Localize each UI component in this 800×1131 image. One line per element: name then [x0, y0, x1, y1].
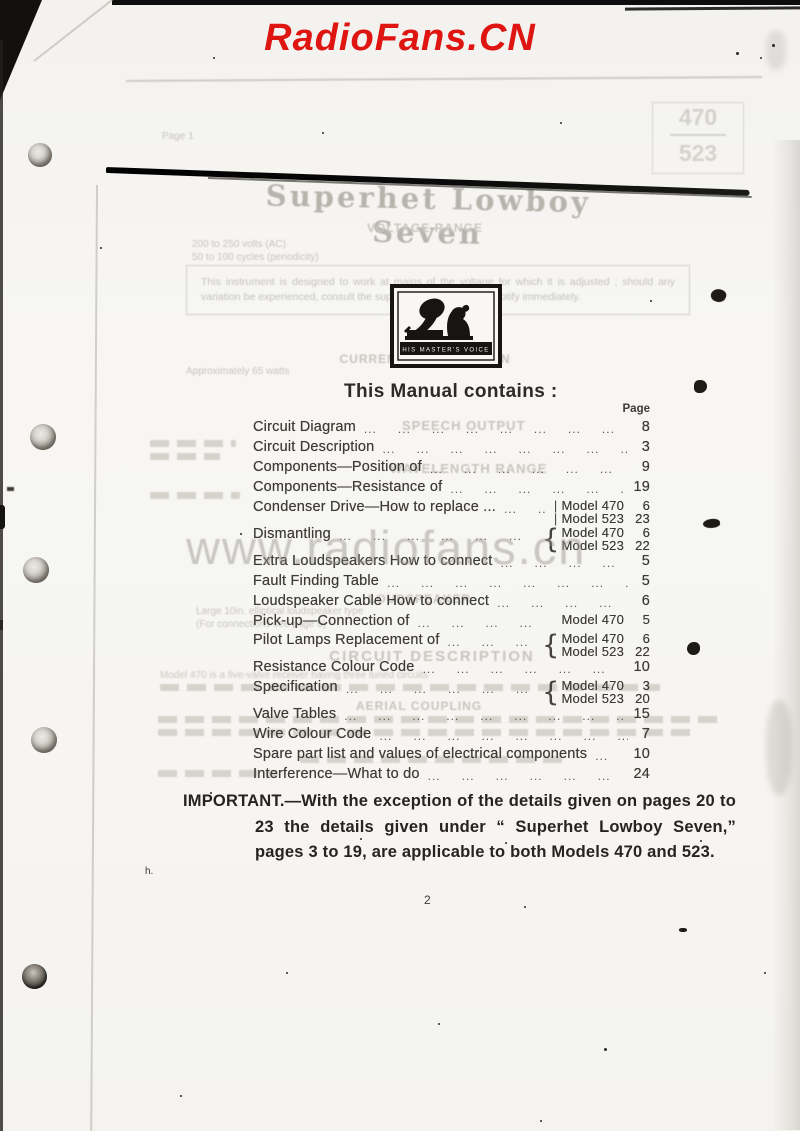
toc-row: Loudspeaker Cable How to connect... ... …: [253, 594, 650, 611]
ghost-voltage-line: 200 to 250 volts (AC): [192, 239, 286, 250]
dot-leader: ... ... ... ... ... ... ... ... ... ... …: [595, 749, 625, 764]
page-number-value: 22: [624, 646, 650, 659]
ink-blot: [702, 518, 720, 529]
dot-leader: ... ... ... ... ... ... ... ... ... ... …: [346, 682, 534, 697]
page-number-value: 10: [633, 747, 650, 762]
dot-leader: ... ... ... ... ... ... ... ... ... ... …: [504, 502, 546, 517]
toc-row: Specification... ... ... ... ... ... ...…: [253, 680, 650, 705]
page-number-value: 22: [624, 540, 650, 553]
toc-entry-label: Valve Tables: [253, 707, 336, 722]
hmv-logo-caption: HIS MASTER'S VOICE: [402, 348, 489, 354]
scan-speck: [322, 132, 324, 134]
dot-leader: ... ... ... ... ... ... ... ... ... ... …: [430, 462, 631, 477]
dot-leader: ... ... ... ... ... ... ... ... ... ... …: [448, 635, 535, 650]
ink-blot: [679, 928, 687, 932]
dot-leader: ... ... ... ... ... ... ... ... ... ... …: [364, 422, 628, 437]
page-number-value: 9: [639, 460, 650, 475]
toc-row: Components—Resistance of... ... ... ... …: [253, 480, 650, 497]
page-number-value: 5: [624, 614, 650, 627]
ghost-text-fragment: [150, 440, 236, 447]
scan-speck: [650, 300, 652, 302]
ink-blot: [709, 287, 728, 304]
brace-glyph: {: [542, 680, 559, 705]
ink-blot: [694, 380, 707, 393]
dot-leader: ... ... ... ... ... ... ... ... ... ... …: [387, 576, 629, 591]
scan-top-bar-2: [625, 6, 800, 10]
toc-entry-label: Circuit Diagram: [253, 420, 356, 435]
toc-entry-label: Spare part list and values of electrical…: [253, 747, 587, 762]
model-page-line: Model 52320: [561, 693, 650, 706]
toc-row: Interference—What to do... ... ... ... .…: [253, 767, 650, 784]
dot-leader: ... ... ... ... ... ... ... ... ... ... …: [497, 596, 634, 611]
toc-row: Valve Tables... ... ... ... ... ... ... …: [253, 707, 650, 724]
toc-row: Fault Finding Table... ... ... ... ... .…: [253, 574, 650, 591]
page-number: 2: [424, 893, 431, 907]
toc-row: Pilot Lamps Replacement of... ... ... ..…: [253, 633, 650, 658]
margin-mark: h.: [145, 866, 153, 877]
page-number-value: 20: [624, 693, 650, 706]
hmv-logo-graphic: HIS MASTER'S VOICE: [390, 284, 502, 368]
page-number-value: 15: [633, 707, 650, 722]
brace-glyph: {: [542, 633, 559, 658]
page-number-value: 3: [637, 440, 650, 455]
page-crease: [90, 185, 98, 1131]
page-number-value: 23: [624, 513, 650, 526]
toc-entry-label: Interference—What to do: [253, 767, 420, 782]
scan-speck: [438, 1023, 440, 1025]
model-number-tab: 470 523: [652, 102, 744, 174]
scan-right-shadow: [772, 140, 800, 1130]
site-watermark-overlay: www.radiofans.cn: [186, 520, 586, 575]
toc-entry-label: Loudspeaker Cable How to connect: [253, 594, 489, 609]
toc-row: Components—Position of... ... ... ... ..…: [253, 460, 650, 477]
important-note: IMPORTANT.—With the exception of the det…: [183, 789, 736, 866]
toc-row: Circuit Description... ... ... ... ... .…: [253, 440, 650, 457]
toc-entry-label: Specification: [253, 680, 338, 695]
toc-entry-label: Circuit Description: [253, 440, 374, 455]
dot-leader: ... ... ... ... ... ... ... ... ... ... …: [450, 482, 625, 497]
scan-speck: [604, 1048, 607, 1051]
underlying-page-edge: [126, 76, 762, 82]
dot-leader: ... ... ... ... ... ... ... ... ... ... …: [428, 769, 626, 784]
scan-edge-blob: [0, 620, 3, 630]
dot-leader: ... ... ... ... ... ... ... ... ... ... …: [423, 662, 626, 677]
scanned-manual-page: RadioFans.CN Page 1 470 523 Superhet Low…: [0, 0, 800, 1131]
model-page-group: Model 4705: [561, 614, 650, 627]
scan-speck: [540, 1120, 542, 1122]
hmv-logo: HIS MASTER'S VOICE: [390, 284, 502, 368]
punch-hole: [23, 557, 49, 583]
page-number-value: 10: [633, 660, 650, 675]
model-number-470: 470: [653, 103, 743, 131]
toc-entry-label: Pick-up—Connection of: [253, 614, 410, 629]
scan-speck: [760, 57, 762, 59]
ghost-text-fragment: [150, 492, 240, 499]
scan-speck: [524, 906, 526, 908]
scan-speck: [286, 972, 288, 974]
contents-list: Circuit Diagram... ... ... ... ... ... .…: [253, 420, 650, 787]
toc-row: Spare part list and values of electrical…: [253, 747, 650, 764]
ghost-note-text: This instrument is designed to work at m…: [201, 276, 565, 288]
scan-speck: [736, 52, 739, 55]
scan-speck: [180, 1095, 182, 1097]
model-tab-divider: [670, 134, 726, 136]
scan-top-bar: [112, 0, 800, 5]
ghost-note-text: notify immediately.: [495, 291, 581, 303]
toc-entry-label: Components—Resistance of: [253, 480, 442, 495]
punch-hole: [28, 143, 52, 167]
ink-blot: [687, 642, 700, 655]
toc-row: Wire Colour Code... ... ... ... ... ... …: [253, 727, 650, 744]
toc-entry-label: Condenser Drive—How to replace ...: [253, 500, 496, 515]
model-page-line: Model 52322: [561, 646, 650, 659]
model-number-523: 523: [653, 139, 743, 167]
model-page-line: Model 4705: [561, 614, 650, 627]
toc-entry-label: Fault Finding Table: [253, 574, 379, 589]
scan-speck: [560, 122, 562, 124]
model-page-group: Model 4703Model 52320: [561, 680, 650, 705]
scan-speck: [764, 972, 766, 974]
scan-left-edge: [0, 40, 3, 1131]
site-watermark-banner: RadioFans.CN: [0, 17, 800, 60]
ghost-page-indicator: Page 1: [162, 131, 194, 142]
page-number-value: 5: [637, 574, 650, 589]
ghost-text-fragment: [150, 453, 220, 460]
ghost-current-line: Approximately 65 watts: [186, 366, 289, 377]
ghost-voltage-heading: VOLTAGE RANGE: [300, 221, 550, 235]
toc-row: Pick-up—Connection of... ... ... ... ...…: [253, 614, 650, 631]
model-name: Model 523: [561, 693, 624, 706]
contents-heading: This Manual contains :: [344, 381, 558, 403]
toc-entry-label: Wire Colour Code: [253, 727, 371, 742]
punch-hole: [31, 727, 57, 753]
toc-row: Circuit Diagram... ... ... ... ... ... .…: [253, 420, 650, 437]
page-number-value: 7: [636, 727, 650, 742]
dot-leader: ... ... ... ... ... ... ... ... ... ... …: [344, 709, 625, 724]
scan-edge-blob: [0, 505, 5, 529]
scan-speck: [213, 57, 215, 59]
dot-leader: ... ... ... ... ... ... ... ... ... ... …: [382, 442, 628, 457]
punch-hole: [30, 424, 56, 450]
page-number-value: 19: [633, 480, 650, 495]
page-number-value: 6: [642, 594, 650, 609]
scan-edge-mark: [7, 487, 14, 491]
ghost-voltage-line: 50 to 100 cycles (periodicity): [192, 252, 319, 263]
scan-speck: [772, 44, 775, 47]
punch-hole: [22, 964, 47, 989]
toc-entry-label: Pilot Lamps Replacement of: [253, 633, 440, 648]
dot-leader: ... ... ... ... ... ... ... ... ... ... …: [418, 616, 554, 631]
model-name: Model 523: [561, 646, 624, 659]
scan-speck: [100, 247, 102, 249]
scan-smudge: [766, 700, 792, 795]
page-number-value: 8: [636, 420, 650, 435]
page-number-value: 24: [633, 767, 650, 782]
model-name: Model 470: [561, 614, 624, 627]
toc-row: Resistance Colour Code... ... ... ... ..…: [253, 660, 650, 677]
toc-entry-label: Components—Position of: [253, 460, 422, 475]
page-number-value: 5: [642, 554, 650, 569]
dot-leader: ... ... ... ... ... ... ... ... ... ... …: [379, 729, 628, 744]
page-column-label: Page: [610, 403, 650, 415]
toc-entry-label: Resistance Colour Code: [253, 660, 415, 675]
model-page-group: Model 4706Model 52322: [561, 633, 650, 658]
